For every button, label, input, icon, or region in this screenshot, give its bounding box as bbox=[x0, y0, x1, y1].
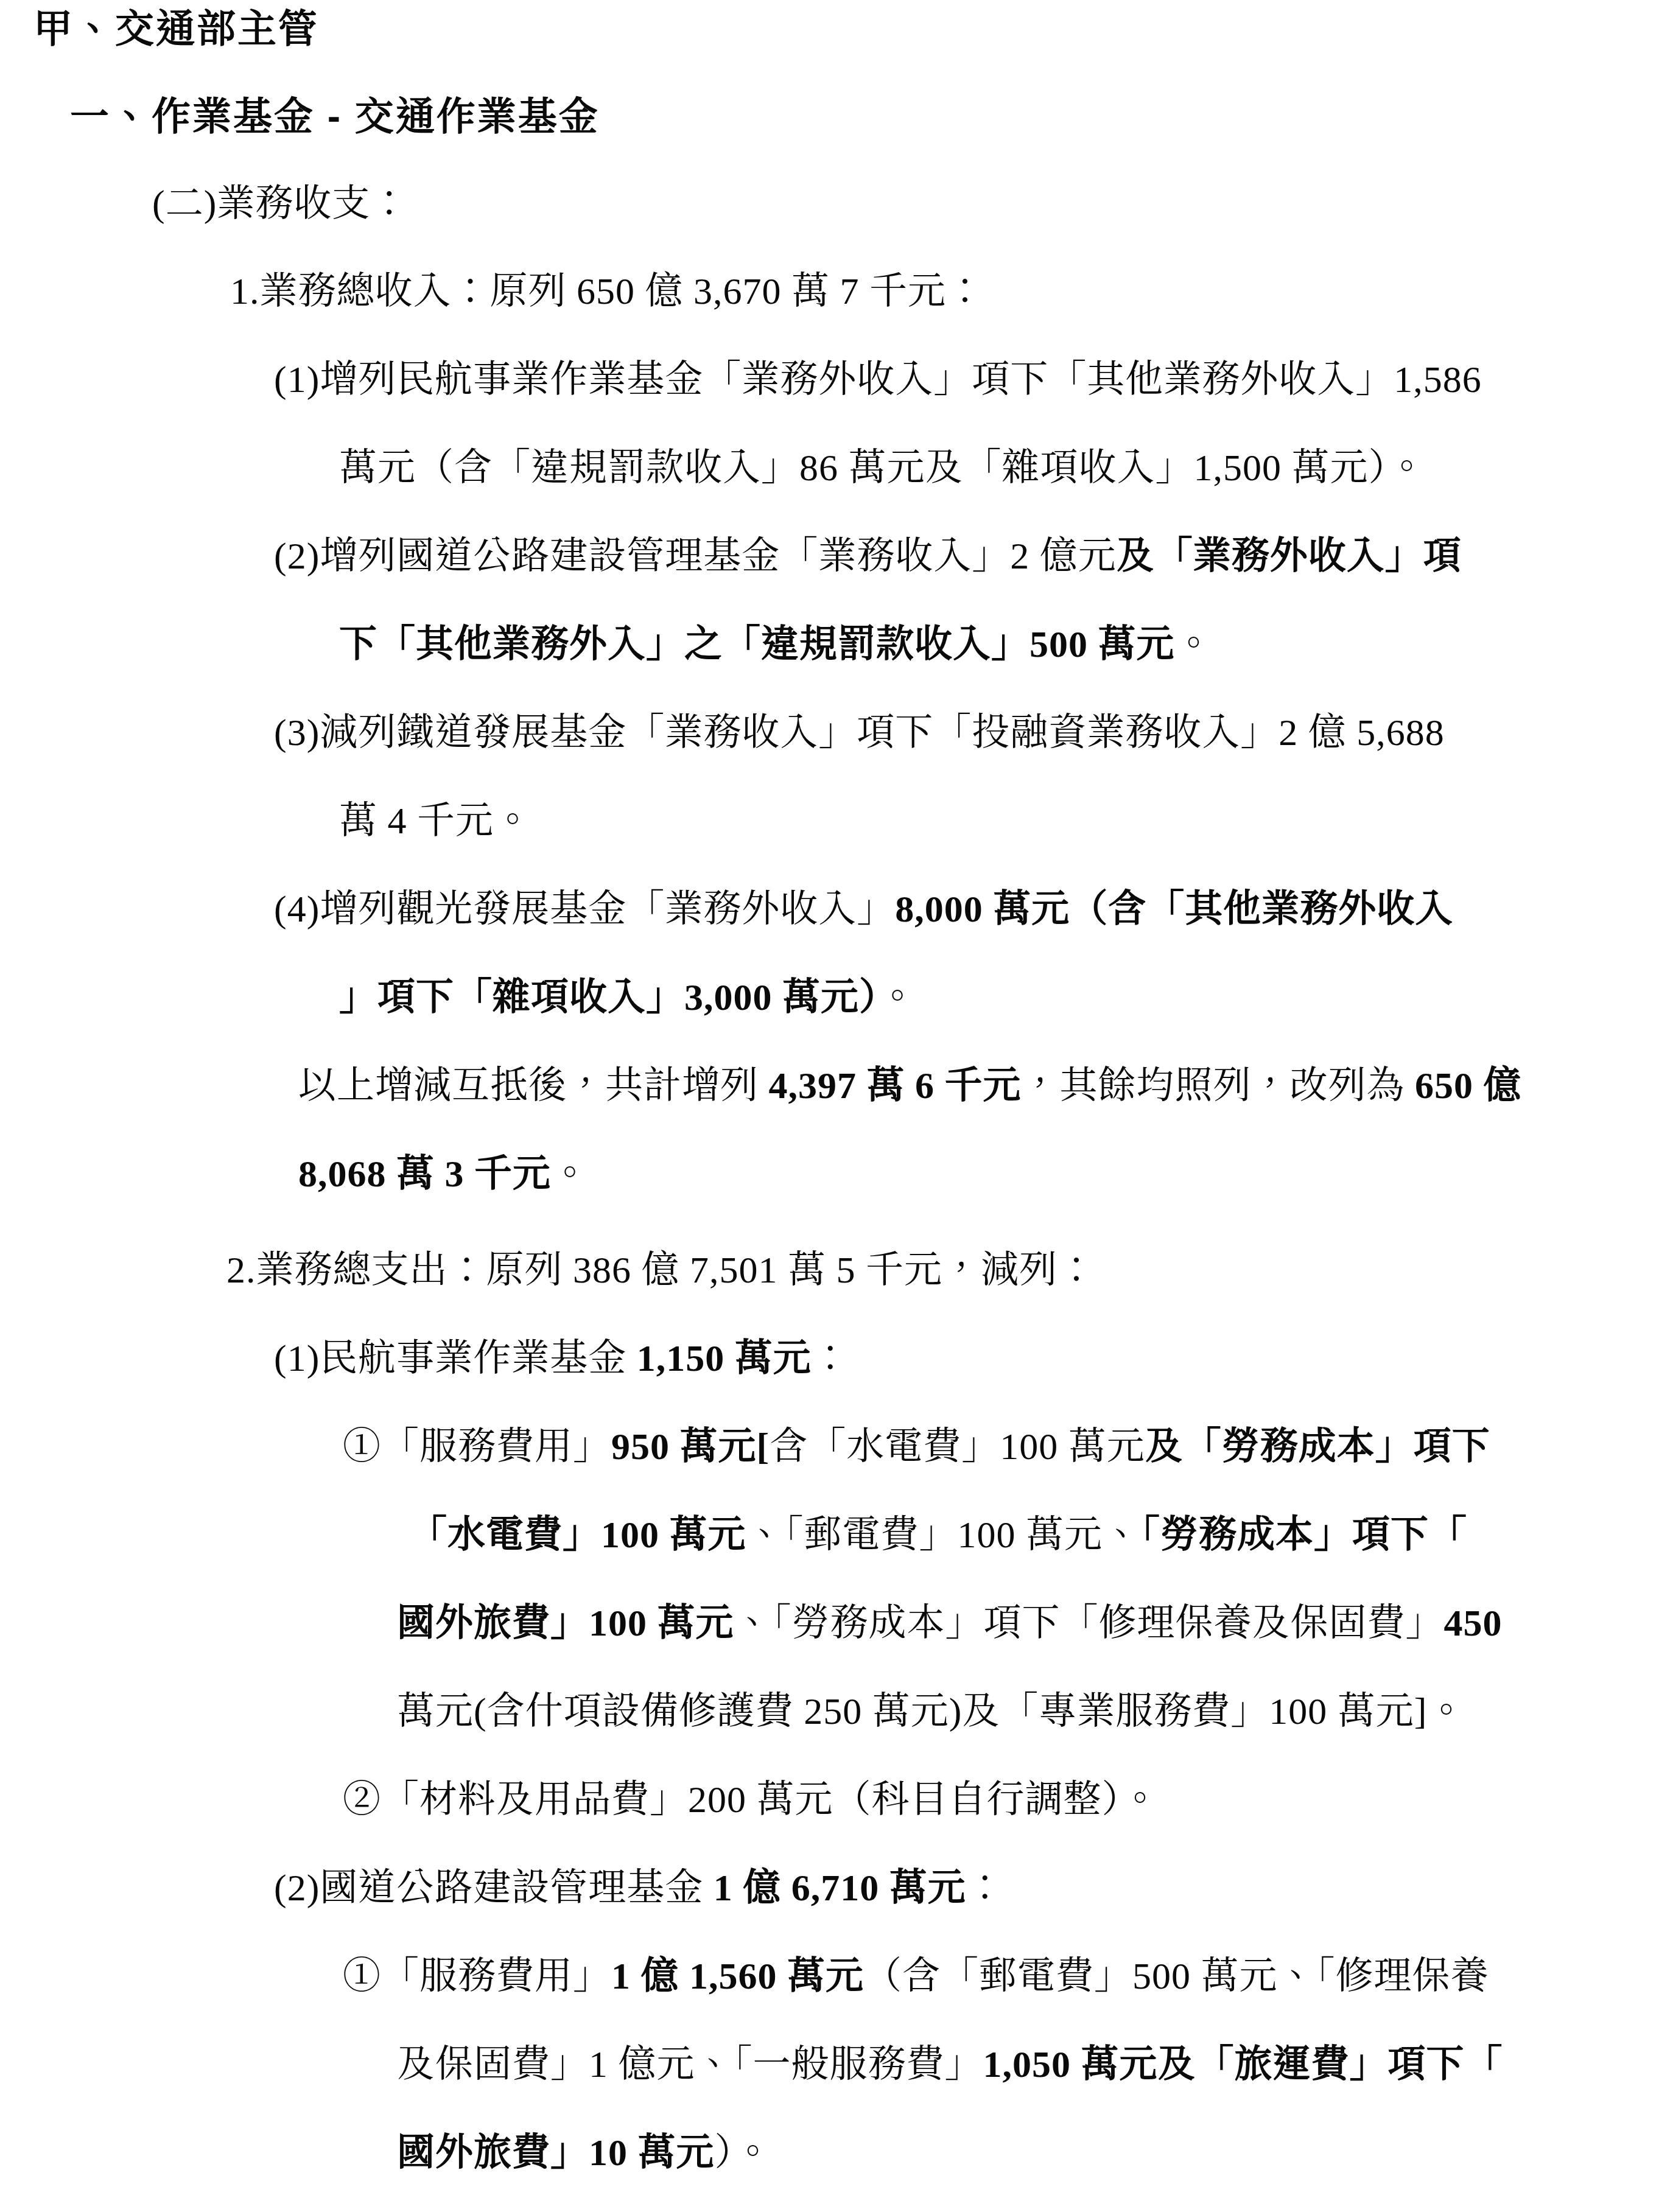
text-segment: 以上增減互抵後，共計增列 bbox=[298, 1065, 769, 1107]
text-segment: 下「其他業務外入」之「違規罰款收入」500 萬元 bbox=[339, 624, 1175, 665]
text-segment: ： bbox=[966, 1867, 1005, 1909]
item-2-total-expense: 2.業務總支出：原列 386 億 7,501 萬 5 千元，減列： bbox=[226, 1251, 1096, 1290]
item-2-sub-2: (2)國道公路建設管理基金 1 億 6,710 萬元： bbox=[274, 1869, 1005, 1908]
text-segment: ①「服務費用」 bbox=[343, 1956, 611, 1997]
item-1-sub-4-line-2: 」項下「雜項收入」3,000 萬元）。 bbox=[339, 978, 917, 1018]
text-segment: (2)國道公路建設管理基金 bbox=[274, 1867, 714, 1909]
item-1-total-revenue: 1.業務總收入：原列 650 億 3,670 萬 7 千元： bbox=[230, 272, 984, 312]
text-segment: (2)增列國道公路建設管理基金「業務收入」2 億元 bbox=[274, 536, 1117, 577]
text-segment: ②「材料及用品費」200 萬元（科目自行調整）。 bbox=[343, 1779, 1160, 1821]
text-segment: ）。 bbox=[715, 2132, 773, 2174]
text-segment: 2.業務總支出：原列 386 億 7,501 萬 5 千元，減列： bbox=[226, 1250, 1096, 1291]
item-2-sub-1-a-line-4: 萬元(含什項設備修護費 250 萬元)及「專業服務費」100 萬元]。 bbox=[397, 1692, 1465, 1732]
item-2-sub-2-a-line-1: ①「服務費用」1 億 1,560 萬元（含「郵電費」500 萬元、「修理保養 bbox=[343, 1957, 1489, 1997]
text-segment: 。 bbox=[551, 1153, 589, 1195]
text-segment: 1,150 萬元 bbox=[637, 1338, 812, 1379]
text-segment: 。 bbox=[1175, 624, 1213, 665]
text-segment: (1)民航事業作業基金 bbox=[274, 1338, 637, 1379]
text-segment: 「勞務成本」項下「 bbox=[1141, 1514, 1467, 1556]
text-segment: 萬 4 千元。 bbox=[339, 800, 532, 842]
text-segment: 8,000 萬元（含「其他業務外收入 bbox=[895, 889, 1453, 930]
text-segment: ①「服務費用」 bbox=[343, 1426, 611, 1468]
text-segment: 1 億 6,710 萬元 bbox=[714, 1867, 966, 1909]
text-segment: 、「勞務成本」項下「修理保養及保固費」 bbox=[734, 1603, 1444, 1644]
text-segment: 「水電費」100 萬元 bbox=[409, 1514, 746, 1556]
item-2-sub-1-a-line-3: 國外旅費」100 萬元、「勞務成本」項下「修理保養及保固費」450 bbox=[397, 1604, 1503, 1643]
item-2-sub-1-a-line-2: 「水電費」100 萬元、「郵電費」100 萬元、「勞務成本」項下「 bbox=[409, 1516, 1467, 1555]
item-1-sub-2-line-2: 下「其他業務外入」之「違規罰款收入」500 萬元。 bbox=[339, 625, 1213, 665]
text-segment: 及「勞務成本」項下 bbox=[1145, 1426, 1490, 1468]
text-segment: (二)業務收支： bbox=[152, 183, 409, 225]
text-segment: 一、作業基金 - 交通作業基金 bbox=[70, 94, 600, 138]
text-segment: 甲、交通部主管 bbox=[33, 7, 319, 51]
text-segment: 含「水電費」100 萬元 bbox=[770, 1426, 1145, 1468]
text-segment: 」項下「雜項收入」3,000 萬元） bbox=[339, 977, 879, 1018]
text-segment: 國外旅費」10 萬元 bbox=[397, 2132, 715, 2174]
item-1-summary-line-2: 8,068 萬 3 千元。 bbox=[298, 1155, 589, 1194]
text-segment: ，其餘均照列，改列為 bbox=[1022, 1065, 1415, 1107]
text-segment: （含「郵電費」500 萬元、「修理保養 bbox=[864, 1956, 1489, 1997]
item-2-sub-1-b: ②「材料及用品費」200 萬元（科目自行調整）。 bbox=[343, 1780, 1160, 1820]
text-segment: 及保固費」1 億元、「一般服務費」 bbox=[397, 2044, 983, 2085]
item-2-sub-1-a-line-1: ①「服務費用」950 萬元[含「水電費」100 萬元及「勞務成本」項下 bbox=[343, 1427, 1490, 1467]
item-1-sub-1-line-2: 萬元（含「違規罰款收入」86 萬元及「雜項收入」1,500 萬元）。 bbox=[339, 449, 1426, 488]
text-segment: 650 億 bbox=[1415, 1065, 1522, 1107]
text-segment: (4)增列觀光發展基金「業務外收入」 bbox=[274, 889, 895, 930]
text-segment: 8,068 萬 3 千元 bbox=[298, 1153, 551, 1195]
item-1-sub-2-line-1: (2)增列國道公路建設管理基金「業務收入」2 億元及「業務外收入」項 bbox=[274, 537, 1462, 576]
text-segment: 國外旅費」100 萬元 bbox=[397, 1603, 734, 1644]
item-1-sub-4-line-1: (4)增列觀光發展基金「業務外收入」8,000 萬元（含「其他業務外收入 bbox=[274, 890, 1453, 929]
text-segment: 4,397 萬 6 千元 bbox=[769, 1065, 1022, 1107]
heading-fund: 一、作業基金 - 交通作業基金 bbox=[70, 96, 600, 137]
heading-ministry: 甲、交通部主管 bbox=[33, 9, 319, 49]
text-segment: 1 億 1,560 萬元 bbox=[611, 1956, 864, 1997]
text-segment: 。 bbox=[879, 977, 917, 1018]
document-page: 甲、交通部主管一、作業基金 - 交通作業基金(二)業務收支：1.業務總收入：原列… bbox=[0, 0, 1659, 2212]
text-segment: (1)增列民航事業作業基金「業務外收入」項下「其他業務外收入」1,586 bbox=[274, 359, 1482, 401]
item-1-summary-line-1: 以上增減互抵後，共計增列 4,397 萬 6 千元，其餘均照列，改列為 650 … bbox=[298, 1066, 1522, 1106]
text-segment: 450 bbox=[1444, 1603, 1503, 1644]
text-segment: 、「郵電費」100 萬元、 bbox=[746, 1514, 1142, 1556]
text-segment: 1.業務總收入：原列 650 億 3,670 萬 7 千元： bbox=[230, 271, 984, 312]
item-1-sub-1-line-1: (1)增列民航事業作業基金「業務外收入」項下「其他業務外收入」1,586 bbox=[274, 360, 1482, 400]
item-2-sub-1: (1)民航事業作業基金 1,150 萬元： bbox=[274, 1339, 850, 1379]
section-title: (二)業務收支： bbox=[152, 184, 409, 224]
item-1-sub-3-line-2: 萬 4 千元。 bbox=[339, 802, 532, 841]
item-1-sub-3-line-1: (3)減列鐵道發展基金「業務收入」項下「投融資業務收入」2 億 5,688 bbox=[274, 713, 1445, 753]
text-segment: 及「業務外收入」項 bbox=[1117, 536, 1462, 577]
item-2-sub-2-a-line-3: 國外旅費」10 萬元）。 bbox=[397, 2133, 773, 2173]
text-segment: 1,050 萬元及「旅運費」項下「 bbox=[983, 2044, 1503, 2085]
text-segment: (3)減列鐵道發展基金「業務收入」項下「投融資業務收入」2 億 5,688 bbox=[274, 712, 1445, 754]
text-segment: ： bbox=[812, 1338, 850, 1379]
text-segment: 950 萬元[ bbox=[611, 1426, 770, 1468]
text-segment: 萬元（含「違規罰款收入」86 萬元及「雜項收入」1,500 萬元）。 bbox=[339, 447, 1426, 489]
text-segment: 萬元(含什項設備修護費 250 萬元)及「專業服務費」100 萬元]。 bbox=[397, 1691, 1465, 1732]
item-2-sub-2-a-line-2: 及保固費」1 億元、「一般服務費」1,050 萬元及「旅運費」項下「 bbox=[397, 2045, 1503, 2085]
